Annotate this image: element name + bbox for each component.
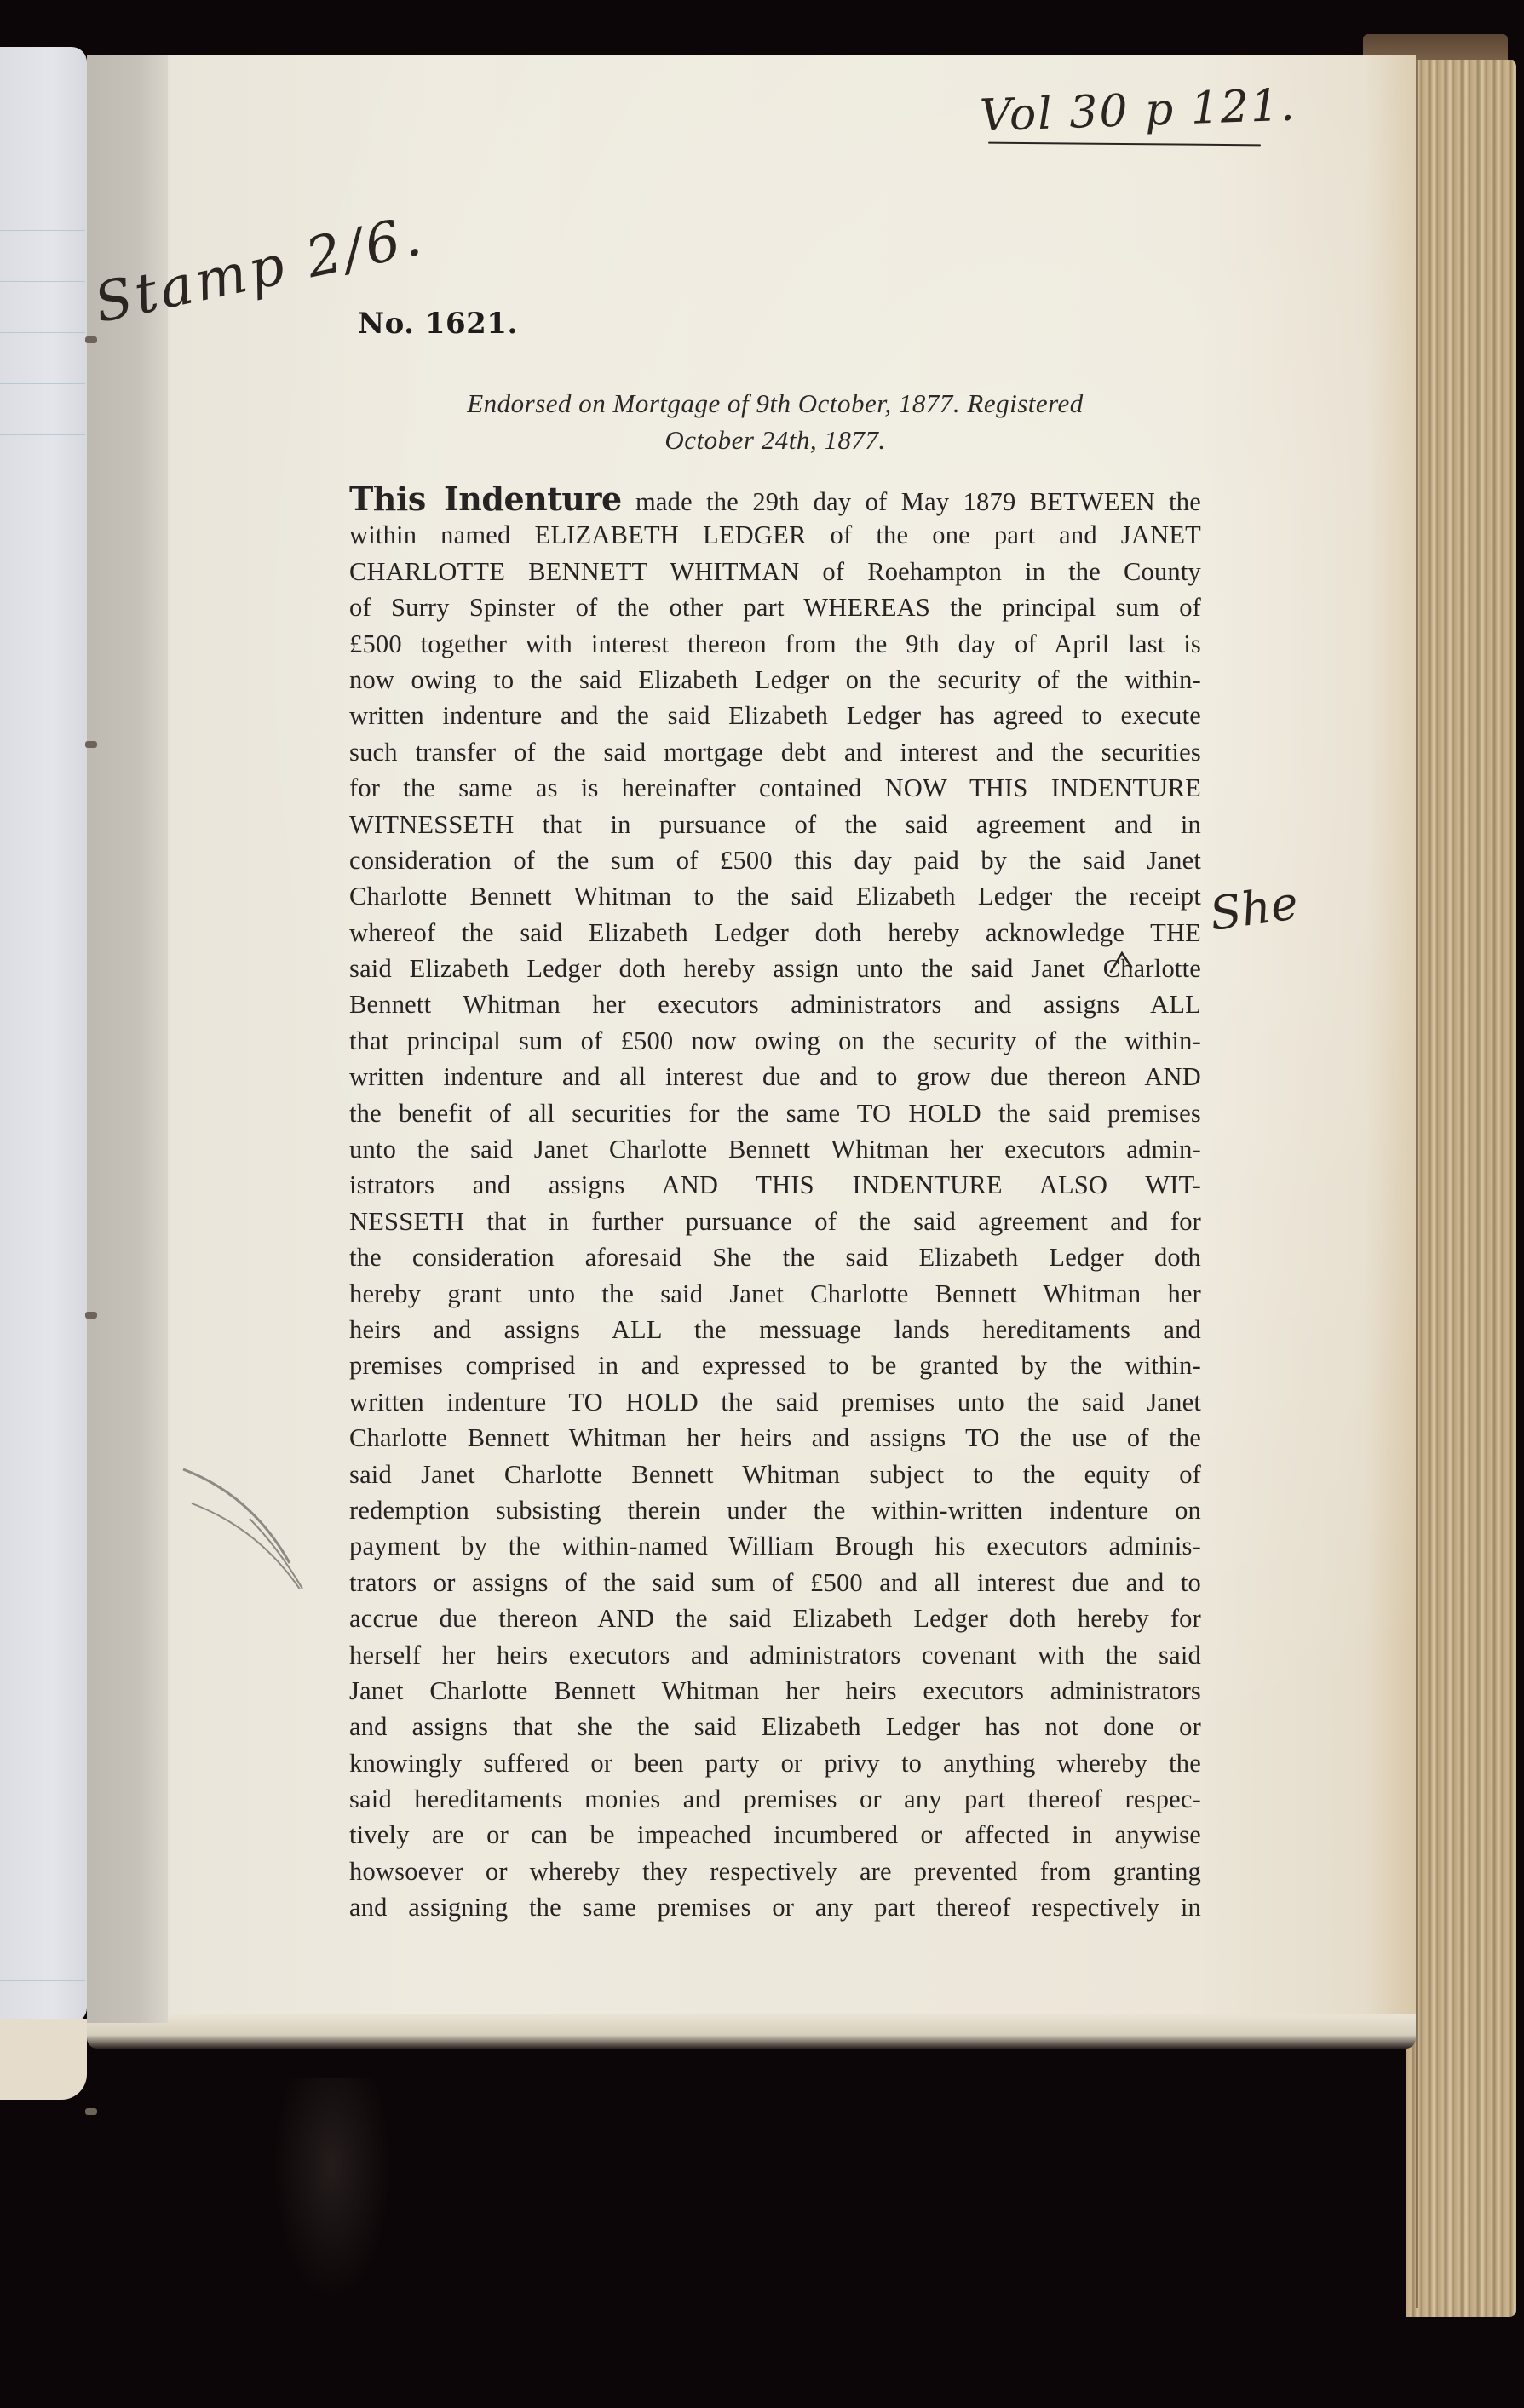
- body-line: Janet Charlotte Bennett Whitman her heir…: [349, 1673, 1201, 1709]
- ruled-line: [0, 383, 85, 384]
- body-line: heirs and assigns ALL the messuage lands…: [349, 1312, 1201, 1348]
- endorsement-line: October 24th, 1877.: [375, 422, 1176, 458]
- body-line: consideration of the sum of £500 this da…: [349, 842, 1201, 878]
- body-line: hereby grant unto the said Janet Charlot…: [349, 1276, 1201, 1312]
- body-line: Charlotte Bennett Whitman her heirs and …: [349, 1420, 1201, 1456]
- body-line: the consideration aforesaid She the said…: [349, 1239, 1201, 1275]
- body-line: This Indenture made the 29th day of May …: [349, 481, 1201, 517]
- body-line: written indenture and the said Elizabeth…: [349, 698, 1201, 733]
- body-line: payment by the within-named William Brou…: [349, 1528, 1201, 1564]
- body-line: and assigning the same premises or any p…: [349, 1889, 1201, 1925]
- body-line: howsoever or whereby they respectively a…: [349, 1853, 1201, 1889]
- body-line: NESSETH that in further pursuance of the…: [349, 1204, 1201, 1239]
- left-page-bottom-edge: [0, 2019, 87, 2100]
- body-line: for the same as is hereinafter contained…: [349, 770, 1201, 806]
- body-line: tively are or can be impeached incumbere…: [349, 1817, 1201, 1853]
- book-fore-edge: [1406, 60, 1516, 2317]
- binding-gutter-shadow: [87, 55, 168, 2023]
- body-line: WITNESSETH that in pursuance of the said…: [349, 807, 1201, 842]
- ruled-line: [0, 332, 85, 333]
- body-line: written indenture and all interest due a…: [349, 1059, 1201, 1095]
- body-line: unto the said Janet Charlotte Bennett Wh…: [349, 1131, 1201, 1167]
- body-line: trators or assigns of the said sum of £5…: [349, 1565, 1201, 1601]
- pencil-marks: [175, 1444, 311, 1589]
- endorsement-line: Endorsed on Mortgage of 9th October, 187…: [375, 385, 1176, 422]
- binding-hole: [85, 1312, 97, 1319]
- body-line: accrue due thereon AND the said Elizabet…: [349, 1601, 1201, 1636]
- body-line: Charlotte Bennett Whitman to the said El…: [349, 878, 1201, 914]
- ruled-line: [0, 1980, 85, 1981]
- body-line: whereof the said Elizabeth Ledger doth h…: [349, 915, 1201, 951]
- body-line: and assigns that she the said Elizabeth …: [349, 1709, 1201, 1744]
- endorsement-heading: Endorsed on Mortgage of 9th October, 187…: [375, 385, 1176, 458]
- ruled-line: [0, 281, 85, 282]
- body-line: istrators and assigns AND THIS INDENTURE…: [349, 1167, 1201, 1203]
- document-number: No. 1621.: [358, 307, 518, 341]
- binding-hole: [85, 741, 97, 748]
- page-smudge: [273, 2078, 392, 2300]
- body-line: premises comprised in and expressed to b…: [349, 1348, 1201, 1383]
- body-line: now owing to the said Elizabeth Ledger o…: [349, 662, 1201, 698]
- body-line: said Elizabeth Ledger doth hereby assign…: [349, 951, 1201, 986]
- page-bottom-edge: [87, 2014, 1416, 2049]
- binding-hole: [85, 336, 97, 343]
- body-line: that principal sum of £500 now owing on …: [349, 1023, 1201, 1059]
- page-edge-line: [1416, 60, 1418, 2308]
- indenture-body: This Indenture made the 29th day of May …: [349, 481, 1201, 1926]
- body-line: £500 together with interest thereon from…: [349, 626, 1201, 662]
- body-line: said Janet Charlotte Bennett Whitman sub…: [349, 1457, 1201, 1492]
- ruled-line: [0, 230, 85, 231]
- body-line: Bennett Whitman her executors administra…: [349, 986, 1201, 1022]
- body-line: redemption subsisting therein under the …: [349, 1492, 1201, 1528]
- body-line: the benefit of all securities for the sa…: [349, 1095, 1201, 1131]
- ruled-line: [0, 434, 85, 435]
- body-line: of Surry Spinster of the other part WHER…: [349, 589, 1201, 625]
- body-line: within named ELIZABETH LEDGER of the one…: [349, 517, 1201, 553]
- left-facing-page: [0, 47, 87, 2023]
- body-line: written indenture TO HOLD the said premi…: [349, 1384, 1201, 1420]
- opening-words: This Indenture: [349, 480, 622, 518]
- body-line: herself her heirs executors and administ…: [349, 1637, 1201, 1673]
- binding-hole: [85, 2108, 97, 2115]
- body-line: knowingly suffered or been party or priv…: [349, 1745, 1201, 1781]
- body-line: such transfer of the said mortgage debt …: [349, 734, 1201, 770]
- body-line: said hereditaments monies and premises o…: [349, 1781, 1201, 1817]
- body-line: CHARLOTTE BENNETT WHITMAN of Roehampton …: [349, 554, 1201, 589]
